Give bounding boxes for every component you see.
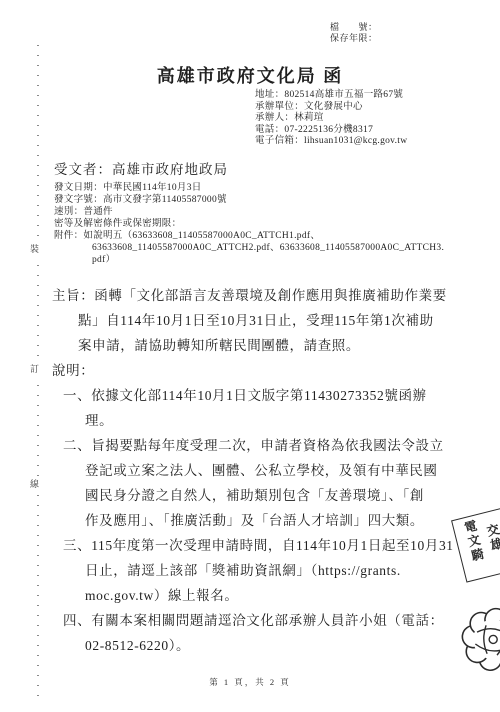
security-line: 密等及解密條件或保密期限： xyxy=(54,218,444,230)
explanation-item-3: 三、115年度第一次受理申請時間，自114年10月1日起至10月31 xyxy=(63,533,452,558)
body-text-block: 主旨：函轉「文化部語言友善環境及創作應用與推廣補助作業要 點」自114年10月1… xyxy=(52,283,452,658)
attachment-line-2: 63633608_11405587000A0C_ATTCH2.pdf、63633… xyxy=(54,242,444,254)
speed-line: 速別：普通件 xyxy=(54,206,444,218)
agency-unit: 承辦單位：文化發展中心 xyxy=(255,102,407,114)
agency-info-block: 地址：802514高雄市五福一路67號 承辦單位：文化發展中心 承辦人：林莉瑄 … xyxy=(255,90,407,148)
electronic-exchange-stamp: 電文騎 交雄 xyxy=(451,507,500,582)
explanation-item-3: moc.gov.tw）線上報名。 xyxy=(85,583,452,608)
explanation-item-2: 登記或立案之法人、團體、公私立學校，及領有中華民國 xyxy=(85,458,452,483)
binding-char-zhuang: 裝 xyxy=(30,241,39,256)
agency-contact-person: 承辦人：林莉瑄 xyxy=(255,113,407,125)
explanation-item-4: 四、有關本案相關問題請逕洽文化部承辦人員許小姐（電話： xyxy=(63,608,452,633)
subject-line: 案申請，請協助轉知所轄民間團體，請查照。 xyxy=(78,333,452,358)
issue-date-line: 發文日期：中華民國114年10月3日 xyxy=(54,182,444,194)
binding-char-xian: 線 xyxy=(30,476,39,491)
recipient-line: 受文者：高雄市政府地政局 xyxy=(54,158,228,178)
doc-number-line: 發文字號：高市文發字第11405587000號 xyxy=(54,194,444,206)
agency-address: 地址：802514高雄市五福一路67號 xyxy=(255,90,407,102)
page-number: 第 1 頁，共 2 頁 xyxy=(0,676,500,688)
archive-labels: 檔 號： 保存年限： xyxy=(330,22,378,44)
explanation-item-2: 國民身分證之自然人，補助類別包含「友善環境」、「創 xyxy=(85,483,452,508)
agency-phone: 電話：07-2225136分機8317 xyxy=(255,125,407,137)
explanation-item-3: 日止，請逕上該部「獎補助資訊網」（https://grants. xyxy=(85,558,452,583)
document-title: 高雄市政府文化局 函 xyxy=(0,62,500,88)
explanation-item-2: 作及應用」、「推廣活動」及「台語人才培訓」四大類。 xyxy=(85,508,452,533)
attachment-line-3: pdf） xyxy=(54,254,444,266)
explanation-item-1: 一、依據文化部114年10月1日文版字第11430273352號函辦 xyxy=(63,383,452,408)
attachment-line-1: 附件：如說明五（63633608_11405587000A0C_ATTCH1.p… xyxy=(54,230,444,242)
flower-seal-icon xyxy=(450,598,500,682)
explanation-item-2: 二、旨揭要點每年度受理二次，申請者資格為依我國法令設立 xyxy=(63,433,452,458)
document-page: 裝 訂 線 檔 號： 保存年限： 高雄市政府文化局 函 地址：802514高雄市… xyxy=(0,0,500,712)
explanation-item-4: 02-8512-6220）。 xyxy=(85,633,452,658)
agency-email: 電子信箱：lihsuan1031@kcg.gov.tw xyxy=(255,136,407,148)
retention-period-label: 保存年限： xyxy=(330,33,378,44)
explanation-label: 說明： xyxy=(52,358,452,383)
file-number-label: 檔 號： xyxy=(330,22,378,33)
subject-line: 點」自114年10月1日至10月31日止，受理115年第1次補助 xyxy=(78,308,452,333)
subject-line: 主旨：函轉「文化部語言友善環境及創作應用與推廣補助作業要 xyxy=(52,283,452,308)
meta-block: 發文日期：中華民國114年10月3日 發文字號：高市文發字第1140558700… xyxy=(54,182,444,266)
binding-char-ding: 訂 xyxy=(30,361,39,376)
explanation-item-1: 理。 xyxy=(85,408,452,433)
